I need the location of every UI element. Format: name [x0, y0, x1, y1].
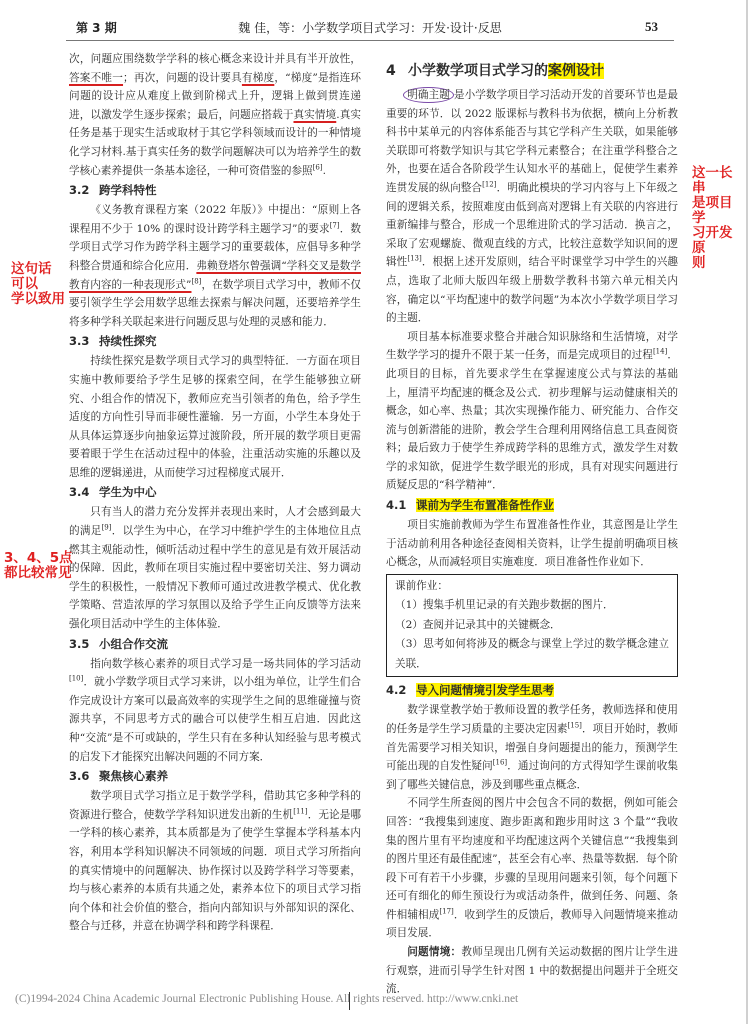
section-heading-3-2: 3.2跨学科特性	[69, 181, 361, 199]
citation: [14]	[653, 348, 667, 356]
section-4-paragraph-1: 明确主题是小学数学项目学习活动开发的首要环节也是最重要的环节．以 2022 版课…	[386, 86, 678, 328]
running-title: 魏 佳，等：小学数学项目式学习：开发·设计·反思	[66, 19, 674, 36]
citation: [17]	[439, 907, 453, 915]
section-heading-3-5: 3.5小组合作交流	[69, 635, 361, 653]
underlined-text: 答案不唯一	[69, 72, 123, 84]
citation: [10]	[69, 675, 83, 683]
citation: [9]	[102, 524, 112, 532]
section-3-5-paragraph: 指向数学核心素养的项目式学习是一场共同体的学习活动[10]．就小学数学项目式学习…	[69, 655, 361, 767]
citation: [12]	[482, 180, 496, 188]
section-4-1-paragraph: 项目实施前教师为学生布置准备性作业，其意图是让学生于活动前利用各种途径查阅相关资…	[386, 516, 678, 572]
homework-item: （3）思考如何将涉及的概念与课堂上学过的数学概念建立关联．	[395, 635, 669, 674]
intro-paragraph: 次，问题应围绕数学学科的核心概念来设计并具有半开放性，答案不唯一；再次，问题的设…	[69, 50, 361, 180]
citation: [8]	[191, 277, 201, 285]
section-heading-4-2: 4.2导入问题情境引发学生思考	[386, 681, 678, 699]
section-4-paragraph-2: 项目基本标准要求整合并融合知识脉络和生活情境，对学生数学学习的提升不限于某一任务…	[386, 328, 678, 495]
underlined-text: 真实情境	[293, 109, 336, 121]
section-4-2-paragraph-2: 不同学生所查阅的图片中会包含不同的数据，例如可能会回答：“我搜集到速度、跑步距离…	[386, 794, 678, 943]
margin-note-common-points: 3、4、5点 都比较常见	[4, 551, 73, 581]
homework-item: （1）搜集手机里记录的有关跑步数据的图片．	[395, 596, 669, 616]
left-column: 次，问题应围绕数学学科的核心概念来设计并具有半开放性，答案不唯一；再次，问题的设…	[69, 50, 361, 936]
citation: [11]	[293, 807, 307, 815]
page-header: 第 3 期 魏 佳，等：小学数学项目式学习：开发·设计·反思 53	[66, 16, 674, 36]
citation: [13]	[407, 255, 421, 263]
section-3-3-paragraph: 持续性探究是数学项目式学习的典型特征．一方面在项目实施中教师要给予学生足够的探索…	[69, 352, 361, 482]
citation: [15]	[568, 721, 582, 729]
right-column: 4小学数学项目式学习的案例设计 明确主题是小学数学项目学习活动开发的首要环节也是…	[386, 60, 678, 999]
citation: [16]	[493, 759, 507, 767]
section-3-2-paragraph: 《义务教育课程方案（2022 年版）》中提出：“原则上各课程用不少于 10% 的…	[69, 201, 361, 331]
section-heading-3-4: 3.4学生为中心	[69, 483, 361, 501]
page-number: 53	[645, 19, 658, 35]
header-divider	[66, 40, 674, 41]
homework-title: 课前作业：	[395, 577, 669, 597]
section-3-6-paragraph: 数学项目式学习指立足于数学学科，借助其它多种学科的资源进行整合，使数学学科知识迸…	[69, 787, 361, 936]
section-3-4-paragraph: 只有当人的潜力充分发挥并表现出来时，人才会感到最大的满足[9]．以学生为中心，在…	[69, 503, 361, 633]
circled-text: 明确主题	[403, 87, 454, 103]
highlighted-text: 导入问题情境引发学生思考	[416, 683, 554, 697]
problem-situation-label: 问题情境：	[407, 946, 461, 958]
underlined-text: 有梯度	[242, 72, 274, 84]
margin-note-principles: 这一长串 是项目学 习开发原 则	[692, 166, 744, 271]
highlighted-text: 课前为学生布置准备性作业	[416, 498, 554, 512]
citation: [6]	[313, 163, 323, 171]
section-4-2-paragraph-1: 数学课堂教学始于教师设置的教学任务，教师选择和使用的任务是学生学习质量的主要决定…	[386, 701, 678, 794]
section-heading-3-3: 3.3持续性探究	[69, 332, 361, 350]
section-heading-4: 4小学数学项目式学习的案例设计	[386, 60, 678, 82]
copyright-footer: (C)1994-2024 China Academic Journal Elec…	[15, 993, 518, 1005]
margin-note-apply: 这句话 可以 学以致用	[11, 262, 65, 307]
text-cursor	[349, 992, 350, 1010]
section-heading-4-1: 4.1课前为学生布置准备性作业	[386, 496, 678, 514]
section-4-2-paragraph-3: 问题情境：教师呈现出几例有关运动数据的图片让学生进行观察，进而引导学生针对图 1…	[386, 943, 678, 999]
section-heading-3-6: 3.6聚焦核心素养	[69, 767, 361, 785]
highlighted-text: 案例设计	[548, 63, 604, 79]
homework-box: 课前作业： （1）搜集手机里记录的有关跑步数据的图片． （2）查阅并记录其中的关…	[386, 574, 678, 678]
citation: [7]	[330, 221, 340, 229]
homework-item: （2）查阅并记录其中的关键概念．	[395, 616, 669, 636]
